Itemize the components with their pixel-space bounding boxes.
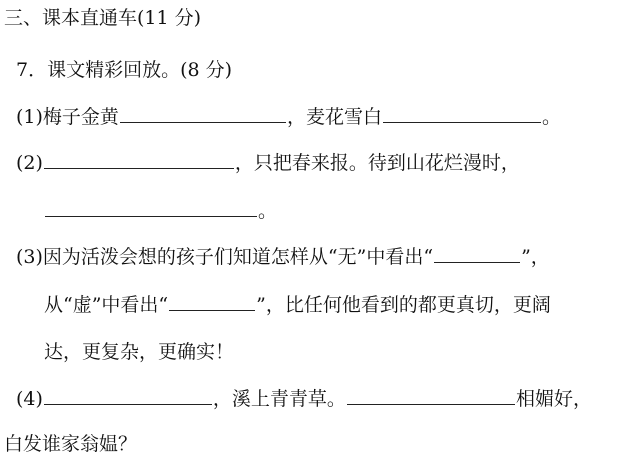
section-title: 三、课本直通车(11 分) bbox=[4, 6, 201, 30]
item-text: 相媚好， bbox=[516, 388, 592, 410]
item-text: 达，更复杂，更确实！ bbox=[44, 341, 234, 363]
item-text: 从“虚”中看出“ bbox=[44, 294, 168, 316]
item-2: (2)，只把春来报。待到山花烂漫时， bbox=[16, 150, 520, 175]
item-4-cont: 白发谁家翁媪？ bbox=[4, 432, 137, 456]
item-text: ”，比任何他看到的都更真切，更阔 bbox=[256, 294, 551, 316]
item-text: ”， bbox=[521, 246, 550, 268]
answer-blank[interactable] bbox=[434, 244, 520, 263]
answer-blank[interactable] bbox=[45, 198, 257, 217]
item-text: 。 bbox=[258, 200, 277, 222]
item-4: (4)，溪上青青草。相媚好， bbox=[16, 386, 592, 411]
item-text: ，麦花雪白 bbox=[287, 106, 382, 128]
item-text: 。 bbox=[542, 106, 561, 128]
item-3-cont2: 达，更复杂，更确实！ bbox=[44, 340, 234, 364]
question-title: 7．课文精彩回放。(8 分) bbox=[16, 58, 232, 82]
item-label: (1) bbox=[16, 106, 43, 128]
answer-blank[interactable] bbox=[44, 386, 212, 405]
question-title-text: 7．课文精彩回放。(8 分) bbox=[16, 59, 232, 81]
item-label: (4) bbox=[16, 388, 43, 410]
item-text: 梅子金黄 bbox=[43, 106, 119, 128]
section-title-text: 三、课本直通车(11 分) bbox=[4, 7, 201, 29]
item-3-cont: 从“虚”中看出“”，比任何他看到的都更真切，更阔 bbox=[44, 292, 551, 317]
item-2-cont: 。 bbox=[44, 198, 277, 223]
answer-blank[interactable] bbox=[44, 150, 234, 169]
item-1: (1)梅子金黄，麦花雪白。 bbox=[16, 104, 561, 129]
item-label: (2) bbox=[16, 152, 43, 174]
answer-blank[interactable] bbox=[169, 292, 255, 311]
answer-blank[interactable] bbox=[383, 104, 541, 123]
answer-blank[interactable] bbox=[120, 104, 286, 123]
item-text: 白发谁家翁媪？ bbox=[4, 433, 137, 455]
item-3: (3)因为活泼会想的孩子们知道怎样从“无”中看出“”， bbox=[16, 244, 550, 269]
item-text: ，溪上青青草。 bbox=[213, 388, 346, 410]
item-label: (3) bbox=[16, 246, 43, 268]
item-text: 因为活泼会想的孩子们知道怎样从“无”中看出“ bbox=[43, 246, 433, 268]
answer-blank[interactable] bbox=[347, 386, 515, 405]
item-text: ，只把春来报。待到山花烂漫时， bbox=[235, 152, 520, 174]
